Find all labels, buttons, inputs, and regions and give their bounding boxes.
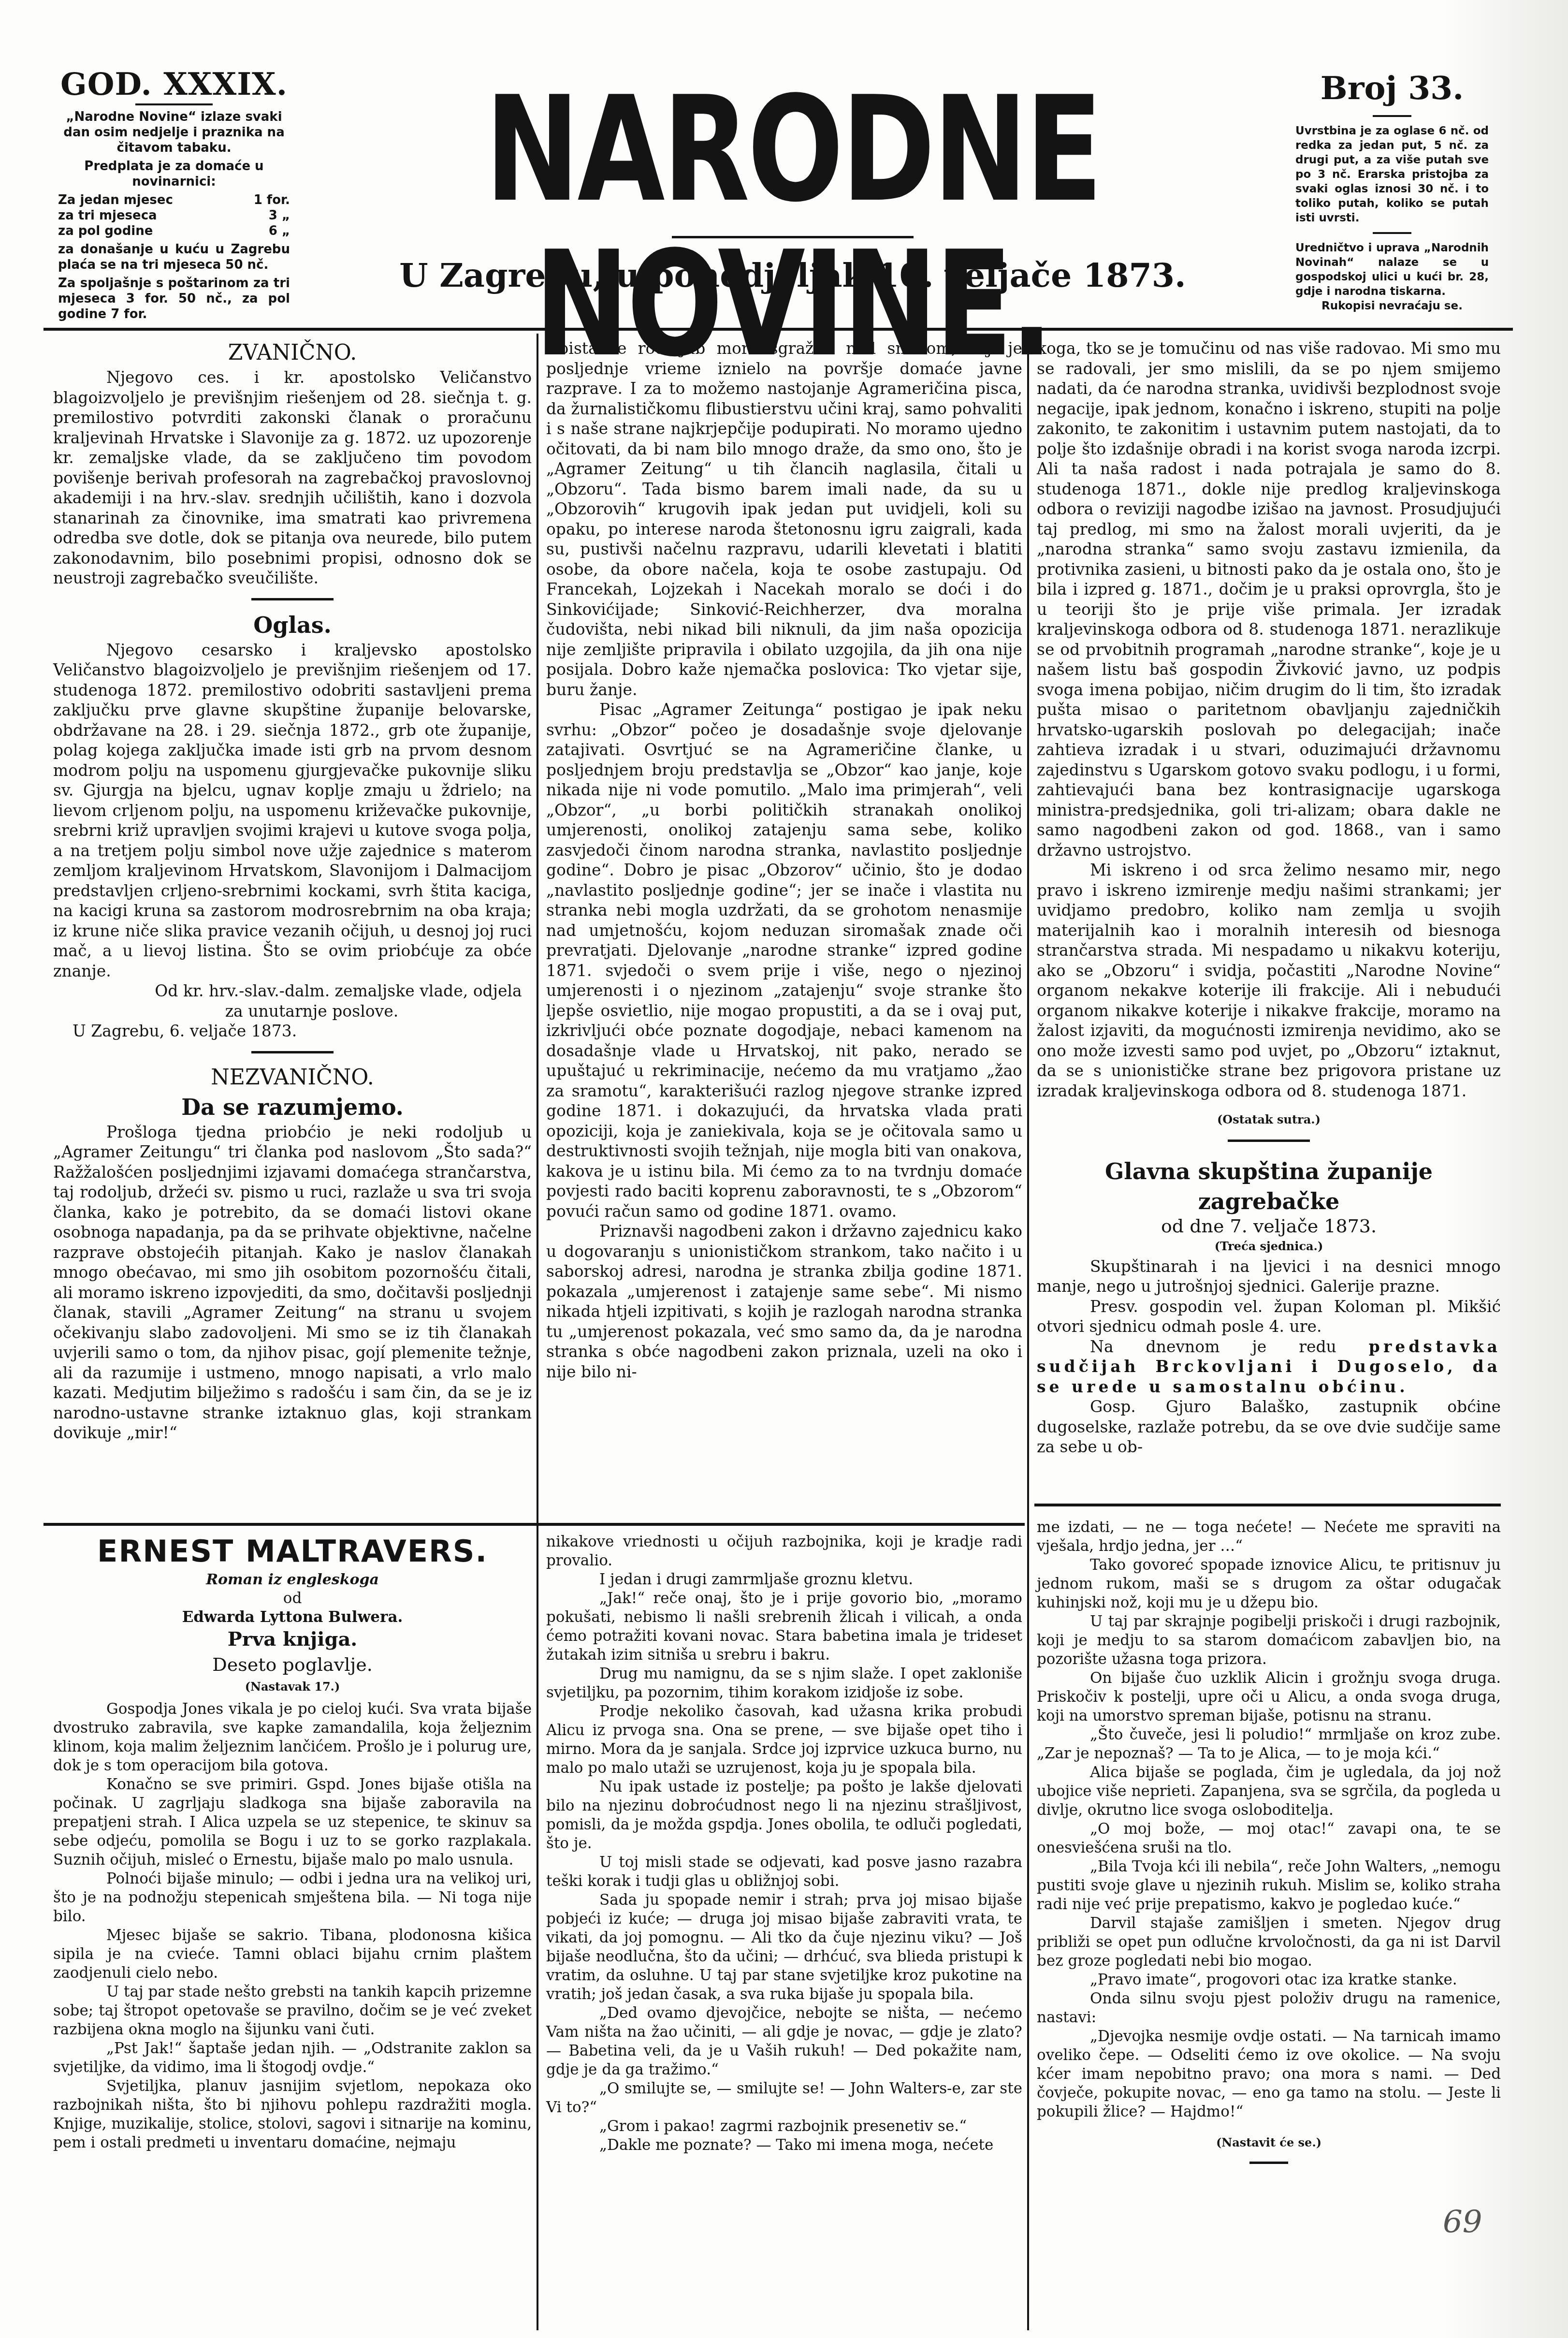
notice-place-date: U Zagrebu, 6. veljače 1873. — [53, 1021, 532, 1041]
feuilleton-rule — [1034, 1504, 1501, 1506]
postal-note: Za spoljašnje s poštarinom za tri mjesec… — [58, 276, 290, 322]
novel-paragraph: „Što čuveče, jesi li poludio!“ mrmljaše … — [1037, 1725, 1501, 1763]
notice-text: Njegovo cesarsko i kraljevsko apostolsko… — [53, 640, 532, 981]
continued-note: (Nastavit će se.) — [1037, 2133, 1501, 2152]
masthead-left-box: GOD. XXXIX. „Narodne Novine“ izlaze svak… — [58, 68, 290, 325]
novel-paragraph: „Pravo imate“, progovori otac iza kratke… — [1037, 1971, 1501, 1989]
newspaper-title: NARODNE NOVINE. — [408, 73, 1177, 382]
subscription-heading: Predplata je za domaće u novinarnici: — [58, 159, 290, 190]
novel-paragraph: „O smilujte se, — smilujte se! — John Wa… — [546, 2079, 1022, 2117]
divider — [251, 598, 334, 600]
column-rule — [1027, 334, 1029, 1528]
rate-row: za tri mjeseca3 „ — [58, 208, 290, 223]
novel-book: Prva knjiga. — [53, 1627, 532, 1652]
article-text-cont: koga, tko se je tomučinu od nas više rad… — [1037, 338, 1501, 860]
article-text-cont: Mi iskreno i od srca želimo nesamo mir, … — [1037, 860, 1501, 1101]
novel-paragraph: „Ded ovamo djevojčice, nebojte se ništa,… — [546, 2004, 1022, 2079]
novel-paragraph: „Pst Jak!“ šaptaše jedan njih. — „Odstra… — [53, 2039, 532, 2077]
novel-by: od — [53, 1589, 532, 1608]
article-text-cont: Pisac „Agramer Zeitunga“ postigao je ipa… — [546, 700, 1022, 1221]
title-rule — [672, 236, 914, 238]
novel-paragraph: Nu ipak ustade iz postelje; pa pošto je … — [546, 1778, 1022, 1853]
novel-paragraph: „Jak!“ reče onaj, što je i prije govorio… — [546, 1589, 1022, 1665]
assembly-paragraph: Presv. gospodin vel. župan Koloman pl. M… — [1037, 1297, 1501, 1337]
masthead-rule — [44, 328, 1513, 331]
novel-paragraph: Drug mu namignu, da se s njim slaže. I o… — [546, 1665, 1022, 1702]
novel-paragraph: „Djevojka nesmije ovdje ostati. — Na tar… — [1037, 2027, 1501, 2121]
novel-paragraph: me izdati, — ne — toga nećete! — Nećete … — [1037, 1518, 1501, 1556]
novel-paragraph: „Dakle me poznate? — Tako mi imena moga,… — [546, 2136, 1022, 2155]
article-text-cont: Priznavši nagodbeni zakon i državno zaje… — [546, 1221, 1022, 1382]
feuilleton-rule — [44, 1523, 1025, 1526]
publication-note: „Narodne Novine“ izlaze svaki dan osim n… — [58, 109, 290, 156]
assembly-title: Glavna skupština županije zagrebačke — [1037, 1156, 1501, 1216]
novel-author: Edwarda Lyttona Bulwera. — [53, 1608, 532, 1627]
novel-title: ERNEST MALTRAVERS. — [53, 1533, 532, 1570]
novel-paragraph: Alica bijaše se poglada, čim je ugledala… — [1037, 1763, 1501, 1820]
column-rule — [537, 1528, 538, 2330]
feuilleton-column-2: nikakove vriednosti u očijuh razbojnika,… — [546, 1533, 1022, 2155]
novel-paragraph: Svjetiljka, planuv jasnijim svjetlom, ne… — [53, 2077, 532, 2152]
column-3: koga, tko se je tomučinu od nas više rad… — [1037, 338, 1501, 1457]
assembly-paragraph: Skupštinarah i na ljevici i na desnici m… — [1037, 1257, 1501, 1297]
assembly-paragraph: Na dnevnom je redu predstavka sudčijah B… — [1037, 1337, 1501, 1397]
notice-title: Oglas. — [53, 610, 532, 640]
novel-paragraph: Onda silnu svoju pjest položiv drugu na … — [1037, 1989, 1501, 2027]
section-heading-official: ZVANIČNO. — [53, 338, 532, 367]
divider — [135, 103, 213, 105]
assembly-session: (Treća sjednica.) — [1037, 1236, 1501, 1257]
novel-paragraph: „Bila Tvoja kći ili nebila“, reče John W… — [1037, 1857, 1501, 1914]
novel-chapter: Deseto poglavlje. — [53, 1652, 532, 1677]
feuilleton-column-3: me izdati, — ne — toga nećete! — Nećete … — [1037, 1518, 1501, 2174]
novel-paragraph: Prodje nekoliko časovah, kad užasna krik… — [546, 1702, 1022, 1778]
divider — [1228, 1140, 1310, 1142]
manuscripts-note: Rukopisi nevraćaju se. — [1295, 299, 1489, 313]
continued-note: (Ostatak sutra.) — [1037, 1110, 1501, 1130]
novel-paragraph: nikakove vriednosti u očijuh razbojnika,… — [546, 1533, 1022, 1570]
office-address: Uredničtvo i uprava „Narodnih Novinah“ n… — [1295, 241, 1489, 299]
official-text: Njegovo ces. i kr. apostolsko Veličanstv… — [53, 367, 532, 588]
assembly-date: od dne 7. veljače 1873. — [1037, 1216, 1501, 1237]
dateline: U Zagrebu, u ponedjeljak 10. veljače 187… — [300, 256, 1286, 295]
notice-signature: Od kr. hrv.-slav.-dalm. zemaljske vlade,… — [53, 981, 532, 1021]
volume-year: GOD. XXXIX. — [58, 68, 290, 102]
newspaper-page: GOD. XXXIX. „Narodne Novine“ izlaze svak… — [0, 0, 1568, 2338]
novel-paragraph: U taj par stade nešto grebsti na tankih … — [53, 1983, 532, 2039]
novel-paragraph: U taj par skrajnje pogibelji priskoči i … — [1037, 1612, 1501, 1669]
masthead-right-box: Broj 33. Uvrstbina je za oglase 6 nč. od… — [1295, 68, 1489, 313]
novel-paragraph: I jedan i drugi zamrmljaše groznu kletvu… — [546, 1570, 1022, 1589]
article-title: Da se razumjemo. — [53, 1092, 532, 1122]
column-1: ZVANIČNO. Njegovo ces. i kr. apostolsko … — [53, 338, 532, 1443]
novel-installment: (Nastavak 17.) — [53, 1677, 532, 1696]
column-2: Doista se rodoljub mora sgražati nad sme… — [546, 338, 1022, 1382]
novel-paragraph: Gospodja Jones vikala je po cieloj kući.… — [53, 1700, 532, 1775]
ad-rates: Uvrstbina je za oglase 6 nč. od redka za… — [1295, 124, 1489, 225]
divider — [1249, 2162, 1288, 2164]
novel-paragraph: Polnoći bijaše minulo; — odbi i jedna ur… — [53, 1870, 532, 1926]
novel-paragraph: Darvil stajaše zamišljen i smeten. Njego… — [1037, 1914, 1501, 1971]
novel-subtitle: Roman iz engleskoga — [53, 1570, 532, 1589]
novel-paragraph: Tako govoreć spopade iznovice Alicu, te … — [1037, 1556, 1501, 1612]
novel-paragraph: „O moj bože, — moj otac!“ zavapi ona, te… — [1037, 1820, 1501, 1857]
novel-paragraph: „Grom i pakao! zagrmi razbojnik presenet… — [546, 2117, 1022, 2136]
novel-paragraph: Konačno se sve primiri. Gspd. Jones bija… — [53, 1775, 532, 1870]
novel-paragraph: Sada ju spopade nemir i strah; prva joj … — [546, 1891, 1022, 2004]
article-text: Prošloga tjedna priobćio je neki rodolju… — [53, 1122, 532, 1443]
novel-paragraph: On bijaše čuo uzklik Alicin i grožnju sv… — [1037, 1669, 1501, 1725]
rate-row: Za jedan mjesec1 for. — [58, 192, 290, 208]
handwritten-page-number: 69 — [1443, 2205, 1482, 2240]
divider — [1373, 232, 1411, 234]
article-text-cont: Doista se rodoljub mora sgražati nad sme… — [546, 338, 1022, 700]
delivery-note: za donašanje u kuću u Zagrebu plaća se n… — [58, 242, 290, 273]
section-heading-unofficial: NEZVANIČNO. — [53, 1063, 532, 1092]
issue-number: Broj 33. — [1295, 68, 1489, 108]
divider — [1373, 115, 1411, 117]
feuilleton-column-1: ERNEST MALTRAVERS. Roman iz engleskoga o… — [53, 1533, 532, 2152]
assembly-paragraph: Gosp. Gjuro Balaško, zastupnik obćine du… — [1037, 1397, 1501, 1457]
column-rule — [537, 334, 538, 1528]
column-rule — [1027, 1513, 1029, 2330]
rate-row: za pol godine6 „ — [58, 223, 290, 239]
novel-paragraph: U toj misli stade se odjevati, kad posve… — [546, 1853, 1022, 1891]
novel-paragraph: Mjesec bijaše se sakrio. Tibana, plodono… — [53, 1926, 532, 1983]
divider — [251, 1051, 334, 1053]
